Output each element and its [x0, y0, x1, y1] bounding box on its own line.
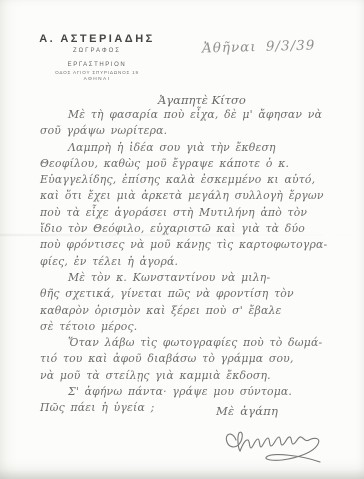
handwritten-line: Μὲ τὸν κ. Κωνσταντίνου νὰ μιλη- [40, 271, 340, 287]
handwritten-text: Μὲ τὸν κ. Κωνσταντίνου νὰ μιλη- [68, 271, 270, 284]
handwritten-line: Ὅταν λάβω τὶς φωτογραφίες ποὺ τὸ δωμά- [40, 336, 340, 352]
handwritten-text: Ὅταν λάβω τὶς φωτογραφίες ποὺ τὸ δωμά- [68, 336, 322, 349]
handwritten-text: καὶ ὅτι ἔχει μιὰ ἀρκετὰ μεγάλη συλλογὴ ἔ… [40, 189, 324, 202]
handwritten-line: ποὺ τὰ εἶχε ἀγοράσει στὴ Μυτιλήνη ἀπὸ τὸ… [40, 206, 340, 222]
letterhead-name: Α. ΑΣΤΕΡΙΑΔΗΣ [22, 33, 172, 45]
handwritten-line: καθαρὸν ὁρισμὸν καὶ ξέρει ποὺ σ' ἔβαλε [40, 304, 340, 320]
handwritten-text: τιό του καὶ ἀφοῦ διαβάσω τὸ γράμμα σου, [40, 352, 294, 365]
handwritten-line: νὰ μοῦ τὰ στείλῃς γιὰ καμμιὰ ἔκδοση. [40, 369, 340, 385]
handwritten-line: Πῶς πάει ἡ ὑγεία ;Μὲ ἀγάπη [40, 401, 340, 417]
handwritten-text: φίες, ἐν τέλει ἡ ἀγορά. [40, 255, 178, 268]
handwritten-text: νὰ μοῦ τὰ στείλῃς γιὰ καμμιὰ ἔκδοση. [40, 369, 271, 382]
handwritten-text: Εὐαγγελίδης, ἐπίσης καλὰ ἐσκεμμένο κι αὐ… [40, 173, 315, 186]
handwritten-text: ποὺ τὰ εἶχε ἀγοράσει στὴ Μυτιλήνη ἀπὸ τὸ… [40, 206, 307, 219]
closing-phrase: Μὲ ἀγάπη [216, 404, 278, 418]
letterhead-profession: ΖΩΓΡΑΦΟΣ [22, 48, 172, 54]
handwritten-line: θῆς σχετικά, γίνεται πῶς νὰ φροντίση τὸν [40, 287, 340, 303]
handwritten-text: ποὺ φρόντισες νὰ μοῦ κάνῃς τὶς καρτοφωτο… [40, 238, 327, 251]
handwritten-date: Ἀθῆναι 9/3/39 [202, 38, 316, 57]
handwritten-line: φίες, ἐν τέλει ἡ ἀγορά. [40, 255, 340, 271]
handwritten-text: σὲ τέτοιο μέρος. [40, 320, 137, 333]
letter-body: Μὲ τὴ φασαρία ποὺ εἶχα, δὲ μ' ἄφησαν νὰσ… [40, 108, 340, 418]
handwritten-text: Σ' ἀφήνω πάντα· γράψε μου σύντομα. [68, 385, 292, 398]
handwritten-line: Λαμπρὴ ἡ ἰδέα σου γιὰ τὴν ἔκθεση [40, 141, 340, 157]
handwritten-text: Θεοφίλου, καθὼς μοῦ ἔγραψε κάποτε ὁ κ. [40, 157, 289, 170]
letterhead-city: ΑΘΗΝΑΙ [22, 77, 172, 82]
letterhead: Α. ΑΣΤΕΡΙΑΔΗΣ ΖΩΓΡΑΦΟΣ ΕΡΓΑΣΤΗΡΙΟΝ ΟΔΟΣ … [22, 33, 172, 82]
handwritten-text: σοῦ γράψω νωρίτερα. [40, 124, 167, 137]
handwritten-text: ἴδιο τὸν Θεόφιλο, εὐχαριστῶ καὶ γιὰ τὰ δ… [40, 222, 305, 235]
handwritten-line: Σ' ἀφήνω πάντα· γράψε μου σύντομα. [40, 385, 340, 401]
handwritten-line: καὶ ὅτι ἔχει μιὰ ἀρκετὰ μεγάλη συλλογὴ ἔ… [40, 189, 340, 205]
letterhead-address: ΟΔΟΣ ΑΓΙΟΥ ΣΠΥΡΙΔΩΝΟΣ 19 [22, 70, 172, 75]
handwritten-text: θῆς σχετικά, γίνεται πῶς νὰ φροντίση τὸν [40, 287, 294, 300]
handwritten-text: Πῶς πάει ἡ ὑγεία ; [40, 401, 154, 414]
handwritten-line: Εὐαγγελίδης, ἐπίσης καλὰ ἐσκεμμένο κι αὐ… [40, 173, 340, 189]
handwritten-line: ποὺ φρόντισες νὰ μοῦ κάνῃς τὶς καρτοφωτο… [40, 238, 340, 254]
handwritten-line: τιό του καὶ ἀφοῦ διαβάσω τὸ γράμμα σου, [40, 352, 340, 368]
handwritten-line: Μὲ τὴ φασαρία ποὺ εἶχα, δὲ μ' ἄφησαν νὰ [40, 108, 340, 124]
paper-bottom-shadow [0, 469, 364, 479]
handwritten-line: ἴδιο τὸν Θεόφιλο, εὐχαριστῶ καὶ γιὰ τὰ δ… [40, 222, 340, 238]
handwritten-text: Μὲ τὴ φασαρία ποὺ εἶχα, δὲ μ' ἄφησαν νὰ [68, 108, 322, 121]
handwritten-line: σοῦ γράψω νωρίτερα. [40, 124, 340, 140]
signature-flourish [222, 424, 327, 464]
handwritten-text: καθαρὸν ὁρισμὸν καὶ ξέρει ποὺ σ' ἔβαλε [40, 304, 281, 317]
signature [222, 424, 327, 464]
handwritten-line: Θεοφίλου, καθὼς μοῦ ἔγραψε κάποτε ὁ κ. [40, 157, 340, 173]
handwritten-text: Λαμπρὴ ἡ ἰδέα σου γιὰ τὴν ἔκθεση [68, 141, 276, 154]
scanned-letter-page: Α. ΑΣΤΕΡΙΑΔΗΣ ΖΩΓΡΑΦΟΣ ΕΡΓΑΣΤΗΡΙΟΝ ΟΔΟΣ … [0, 0, 364, 479]
salutation: Ἀγαπητὲ Κίτσο [158, 93, 246, 107]
letterhead-studio: ΕΡΓΑΣΤΗΡΙΟΝ [22, 62, 172, 68]
handwritten-line: σὲ τέτοιο μέρος. [40, 320, 340, 336]
